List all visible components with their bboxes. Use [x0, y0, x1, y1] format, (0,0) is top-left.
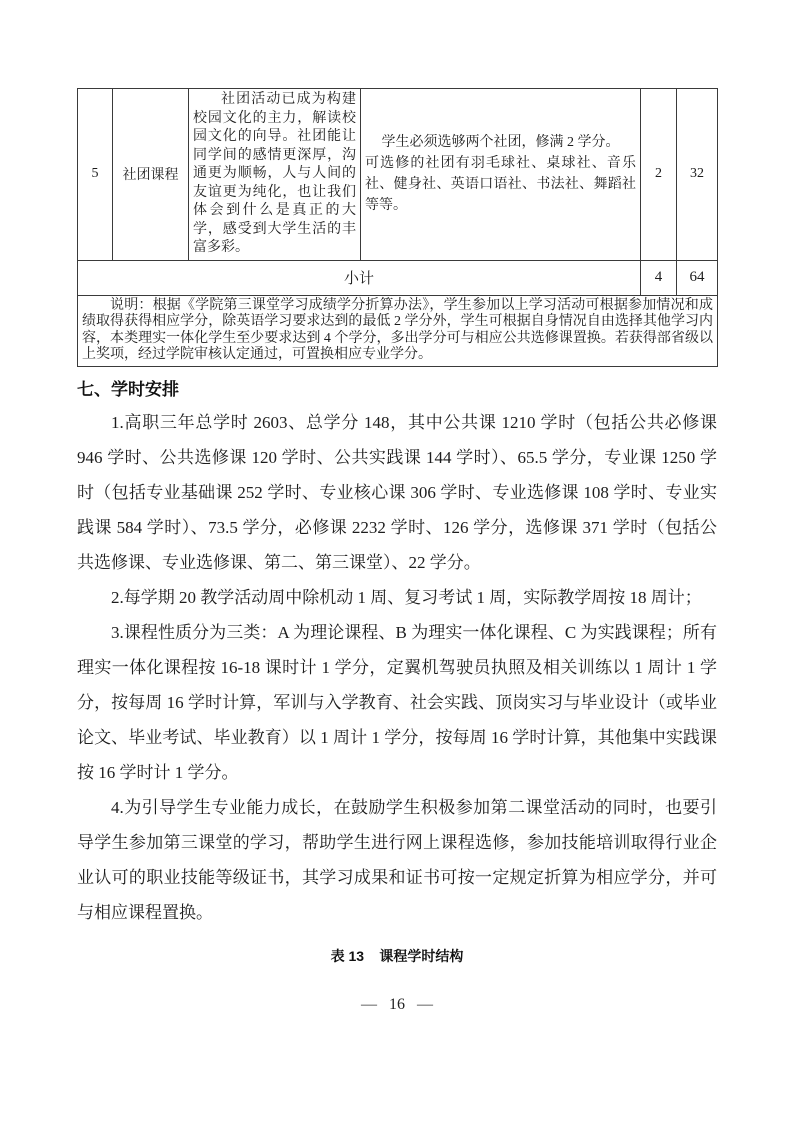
paragraph-4: 4.为引导学生专业能力成长，在鼓励学生积极参加第二课堂活动的同时，也要引导学生参… — [77, 790, 717, 930]
page-number-right-dash: — — [417, 996, 433, 1013]
document-page: 5 社团课程 社团活动已成为构建校园文化的主力，解读校园文化的向导。社团能让同学… — [0, 0, 793, 1122]
course-description-cell: 社团活动已成为构建校园文化的主力，解读校园文化的向导。社团能让同学间的感情更深厚… — [189, 89, 361, 261]
table-row: 5 社团课程 社团活动已成为构建校园文化的主力，解读校园文化的向导。社团能让同学… — [78, 89, 718, 261]
subtotal-credits-cell: 4 — [641, 260, 677, 295]
subtotal-row: 小计 4 64 — [78, 260, 718, 295]
requirement-line-1: 学生必须选够两个社团，修满 2 学分。 — [365, 132, 636, 153]
paragraph-2: 2.每学期 20 教学活动周中除机动 1 周、复习考试 1 周，实际教学周按 1… — [77, 580, 717, 615]
table-caption-title: 课程学时结构 — [379, 948, 463, 964]
course-requirement-cell: 学生必须选够两个社团，修满 2 学分。 可选修的社团有羽毛球社、桌球社、音乐社、… — [361, 89, 641, 261]
section-heading: 七、学时安排 — [77, 377, 717, 403]
paragraph-1: 1.高职三年总学时 2603、总学分 148，其中公共课 1210 学时（包括公… — [77, 405, 717, 580]
table-caption: 表 13课程学时结构 — [77, 946, 717, 966]
note-row: 说明：根据《学院第三课堂学习成绩学分折算办法》，学生参加以上学习活动可根据参加情… — [78, 295, 718, 366]
paragraph-3: 3.课程性质分为三类：A 为理论课程、B 为理实一体化课程、C 为实践课程；所有… — [77, 615, 717, 790]
hours-cell: 32 — [677, 89, 718, 261]
subtotal-label-cell: 小计 — [78, 260, 641, 295]
course-name-cell: 社团课程 — [113, 89, 189, 261]
page-number: —16— — [77, 996, 717, 1014]
credits-cell: 2 — [641, 89, 677, 261]
subtotal-hours-cell: 64 — [677, 260, 718, 295]
page-number-left-dash: — — [361, 996, 377, 1013]
requirement-line-2: 可选修的社团有羽毛球社、桌球社、音乐社、健身社、英语口语社、书法社、舞蹈社等等。 — [365, 153, 636, 216]
page-number-value: 16 — [389, 996, 405, 1013]
course-table: 5 社团课程 社团活动已成为构建校园文化的主力，解读校园文化的向导。社团能让同学… — [77, 88, 718, 367]
table-caption-label: 表 13 — [331, 948, 364, 964]
table-note-cell: 说明：根据《学院第三课堂学习成绩学分折算办法》，学生参加以上学习活动可根据参加情… — [78, 295, 718, 366]
row-index-cell: 5 — [78, 89, 113, 261]
